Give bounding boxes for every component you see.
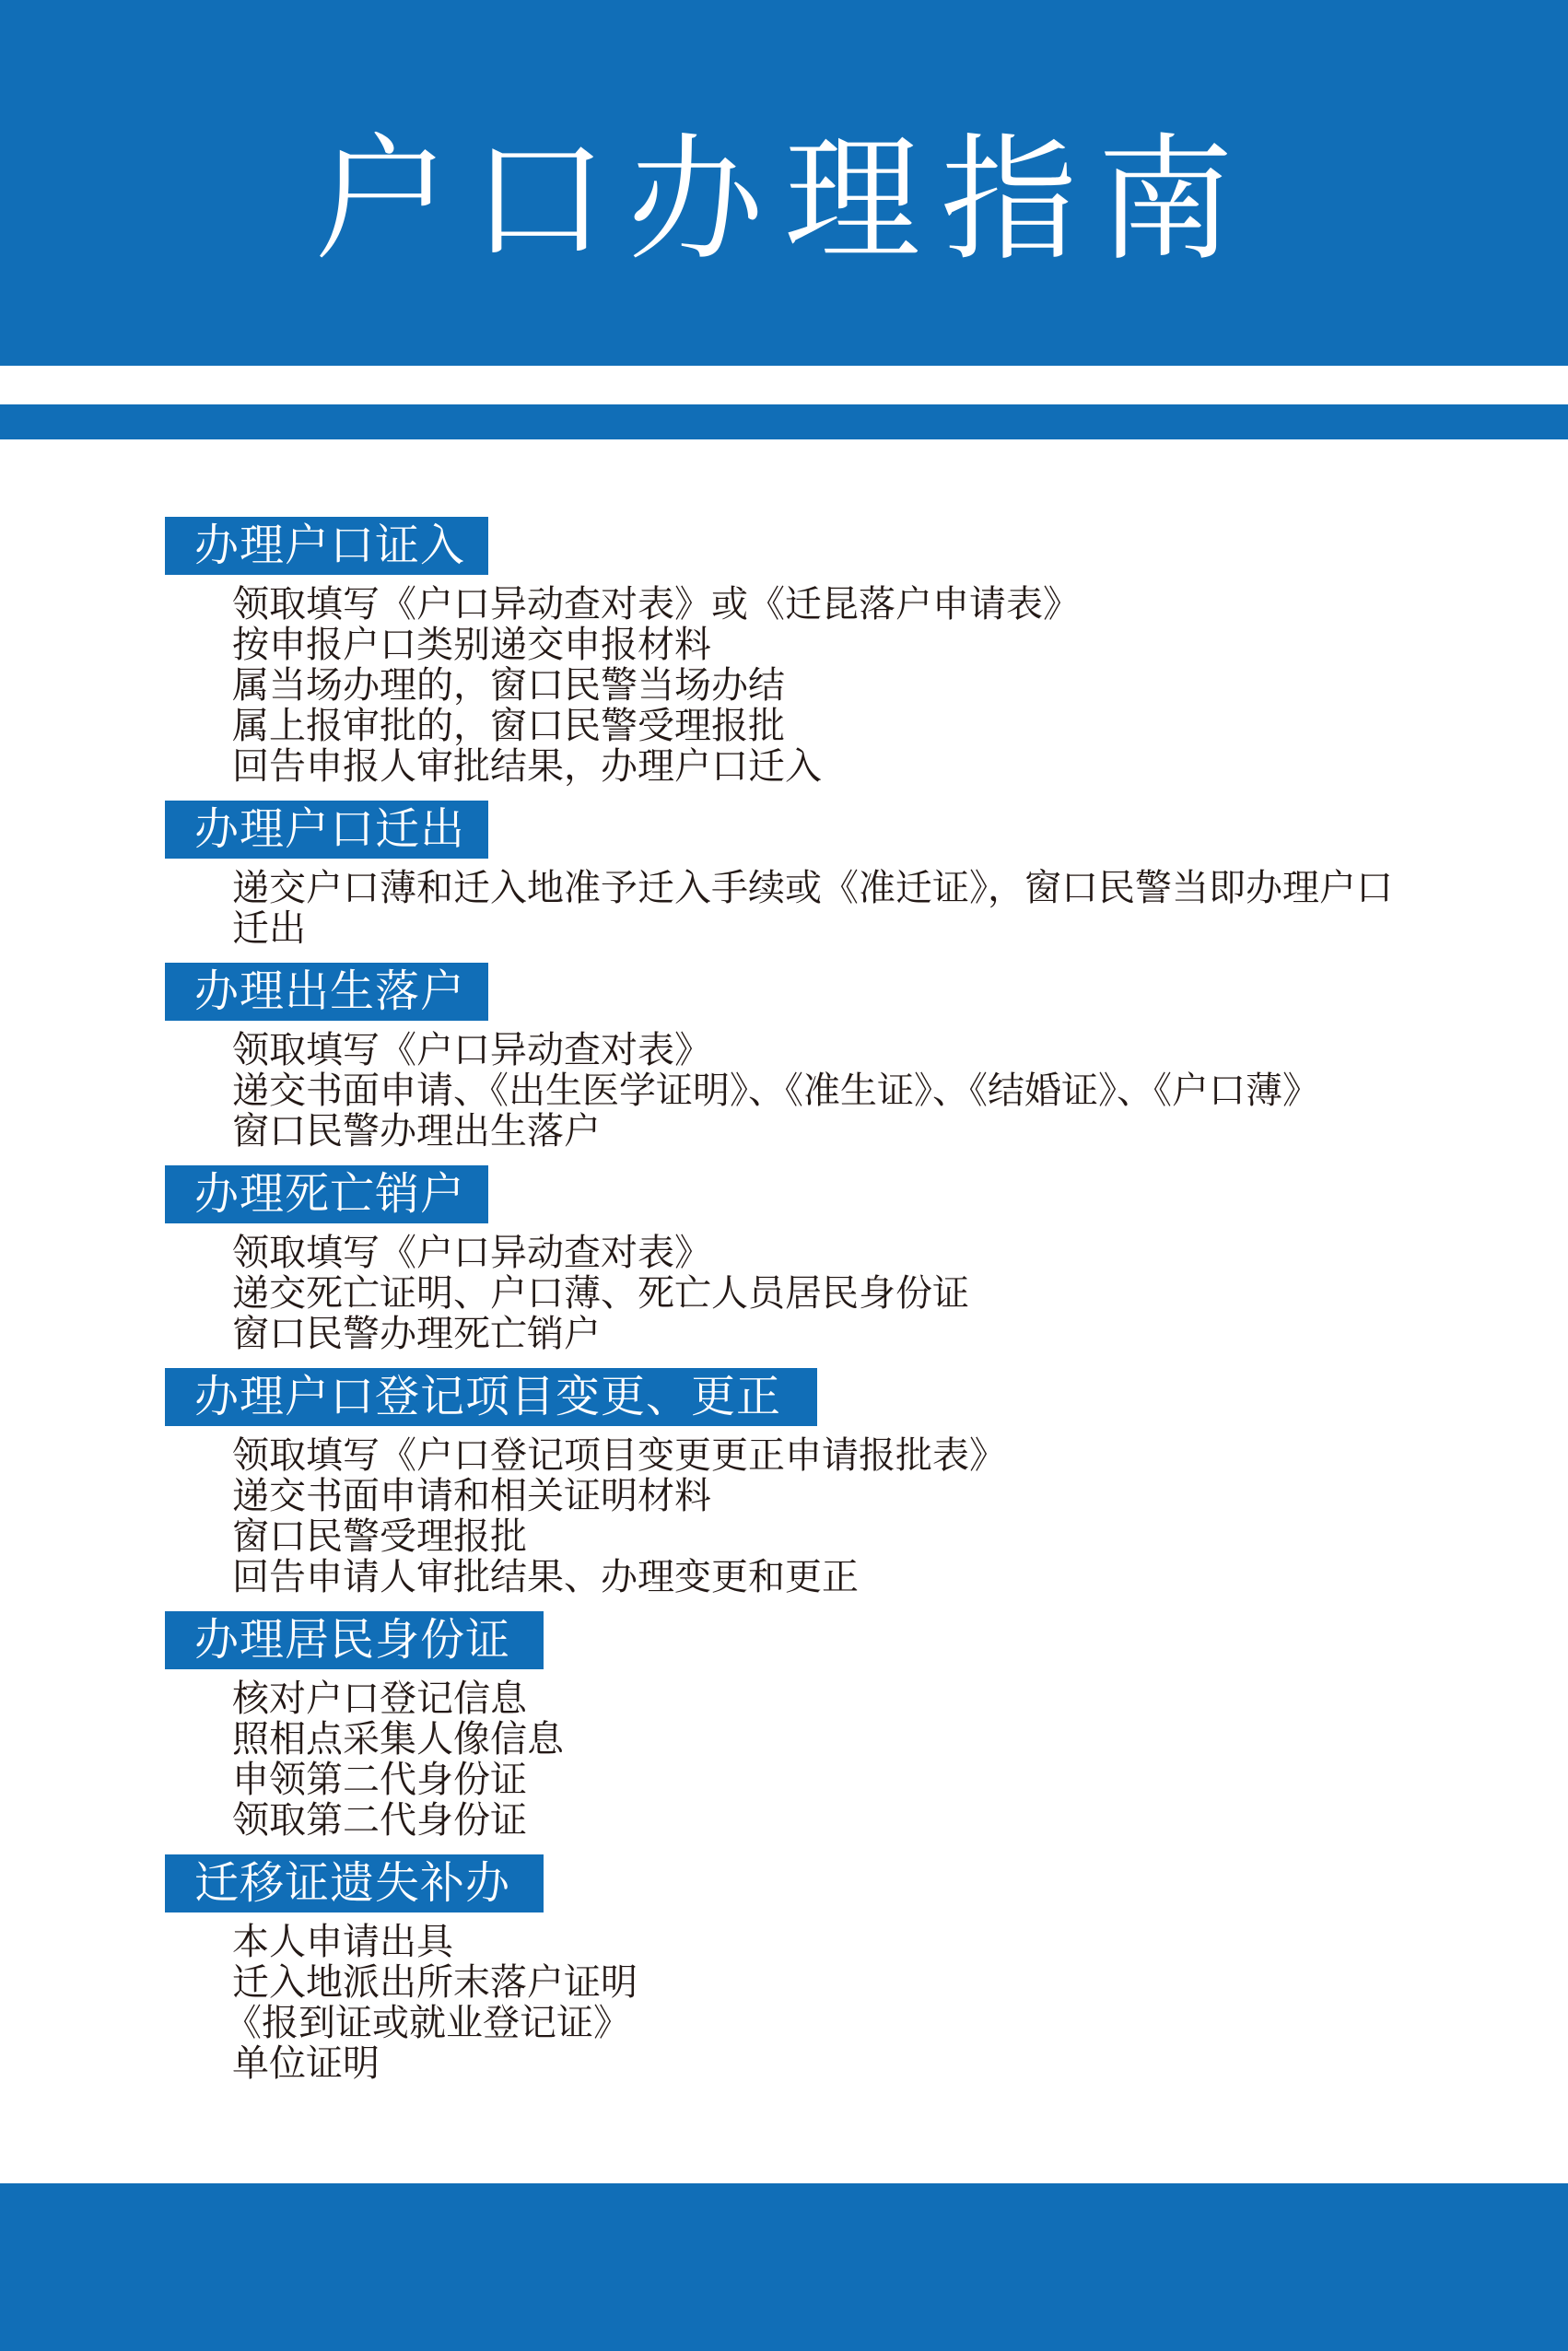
section-birth-registration: 办理出生落户 领取填写《户口异动查对表》 递交书面申请、《出生医学证明》、《准生… xyxy=(165,963,1455,1152)
list-item: 窗口民警办理出生落户 xyxy=(232,1111,1455,1152)
list-item: 领取填写《户口异动查对表》或《迁昆落户申请表》 xyxy=(232,584,1455,625)
footer-banner xyxy=(0,2183,1568,2351)
list-item: 领取填写《户口异动查对表》 xyxy=(232,1030,1455,1070)
list-item: 窗口民警受理报批 xyxy=(232,1516,1455,1557)
section-heading: 迁移证遗失补办 xyxy=(165,1854,544,1912)
guide-content: 办理户口证入 领取填写《户口异动查对表》或《迁昆落户申请表》 按申报户口类别递交… xyxy=(165,517,1455,2098)
list-item: 递交书面申请和相关证明材料 xyxy=(232,1476,1455,1516)
list-item: 属当场办理的，窗口民警当场办结 xyxy=(232,665,1455,706)
list-item: 领取第二代身份证 xyxy=(232,1800,1455,1841)
step-list: 核对户口登记信息 照相点采集人像信息 申领第二代身份证 领取第二代身份证 xyxy=(232,1678,1455,1841)
section-id-card: 办理居民身份证 核对户口登记信息 照相点采集人像信息 申领第二代身份证 领取第二… xyxy=(165,1611,1455,1841)
list-item: 《报到证或就业登记证》 xyxy=(225,2003,1455,2043)
list-item: 单位证明 xyxy=(232,2043,1455,2084)
list-item: 回告申报人审批结果，办理户口迁入 xyxy=(232,746,1455,787)
step-list: 领取填写《户口登记项目变更更正申请报批表》 递交书面申请和相关证明材料 窗口民警… xyxy=(232,1435,1455,1597)
step-list: 递交户口薄和迁入地准予迁入手续或《准迁证》，窗口民警当即办理户口迁出 xyxy=(232,868,1455,949)
list-item: 领取填写《户口登记项目变更更正申请报批表》 xyxy=(232,1435,1455,1476)
page-title: 户口办理指南 xyxy=(0,132,1568,268)
list-item: 递交书面申请、《出生医学证明》、《准生证》、《结婚证》、《户口薄》 xyxy=(232,1070,1455,1111)
decorative-stripe xyxy=(0,404,1568,439)
section-lost-migration-certificate: 迁移证遗失补办 本人申请出具 迁入地派出所末落户证明 《报到证或就业登记证》 单… xyxy=(165,1854,1455,2084)
list-item: 按申报户口类别递交申报材料 xyxy=(232,625,1455,665)
section-record-change-correction: 办理户口登记项目变更、更正 领取填写《户口登记项目变更更正申请报批表》 递交书面… xyxy=(165,1368,1455,1597)
step-list: 本人申请出具 迁入地派出所末落户证明 《报到证或就业登记证》 单位证明 xyxy=(232,1922,1455,2084)
list-item: 迁入地派出所末落户证明 xyxy=(232,1962,1455,2003)
section-hukou-move-out: 办理户口迁出 递交户口薄和迁入地准予迁入手续或《准迁证》，窗口民警当即办理户口迁… xyxy=(165,801,1455,949)
list-item: 窗口民警办理死亡销户 xyxy=(232,1314,1455,1354)
list-item: 照相点采集人像信息 xyxy=(232,1719,1455,1760)
list-item: 核对户口登记信息 xyxy=(232,1678,1455,1719)
section-heading: 办理户口登记项目变更、更正 xyxy=(165,1368,817,1426)
section-hukou-move-in: 办理户口证入 领取填写《户口异动查对表》或《迁昆落户申请表》 按申报户口类别递交… xyxy=(165,517,1455,787)
section-heading: 办理出生落户 xyxy=(165,963,488,1021)
list-item: 递交户口薄和迁入地准予迁入手续或《准迁证》，窗口民警当即办理户口迁出 xyxy=(232,868,1402,949)
header-banner: 户口办理指南 xyxy=(0,0,1568,366)
list-item: 递交死亡证明、户口薄、死亡人员居民身份证 xyxy=(232,1273,1455,1314)
section-heading: 办理户口迁出 xyxy=(165,801,488,859)
list-item: 申领第二代身份证 xyxy=(232,1760,1455,1800)
list-item: 本人申请出具 xyxy=(232,1922,1455,1962)
list-item: 领取填写《户口异动查对表》 xyxy=(232,1233,1455,1273)
section-death-deregistration: 办理死亡销户 领取填写《户口异动查对表》 递交死亡证明、户口薄、死亡人员居民身份… xyxy=(165,1165,1455,1354)
section-heading: 办理死亡销户 xyxy=(165,1165,488,1223)
section-heading: 办理户口证入 xyxy=(165,517,488,575)
step-list: 领取填写《户口异动查对表》或《迁昆落户申请表》 按申报户口类别递交申报材料 属当… xyxy=(232,584,1455,787)
list-item: 属上报审批的，窗口民警受理报批 xyxy=(232,706,1455,746)
section-heading: 办理居民身份证 xyxy=(165,1611,544,1669)
step-list: 领取填写《户口异动查对表》 递交死亡证明、户口薄、死亡人员居民身份证 窗口民警办… xyxy=(232,1233,1455,1354)
list-item: 回告申请人审批结果、办理变更和更正 xyxy=(232,1557,1455,1597)
step-list: 领取填写《户口异动查对表》 递交书面申请、《出生医学证明》、《准生证》、《结婚证… xyxy=(232,1030,1455,1152)
